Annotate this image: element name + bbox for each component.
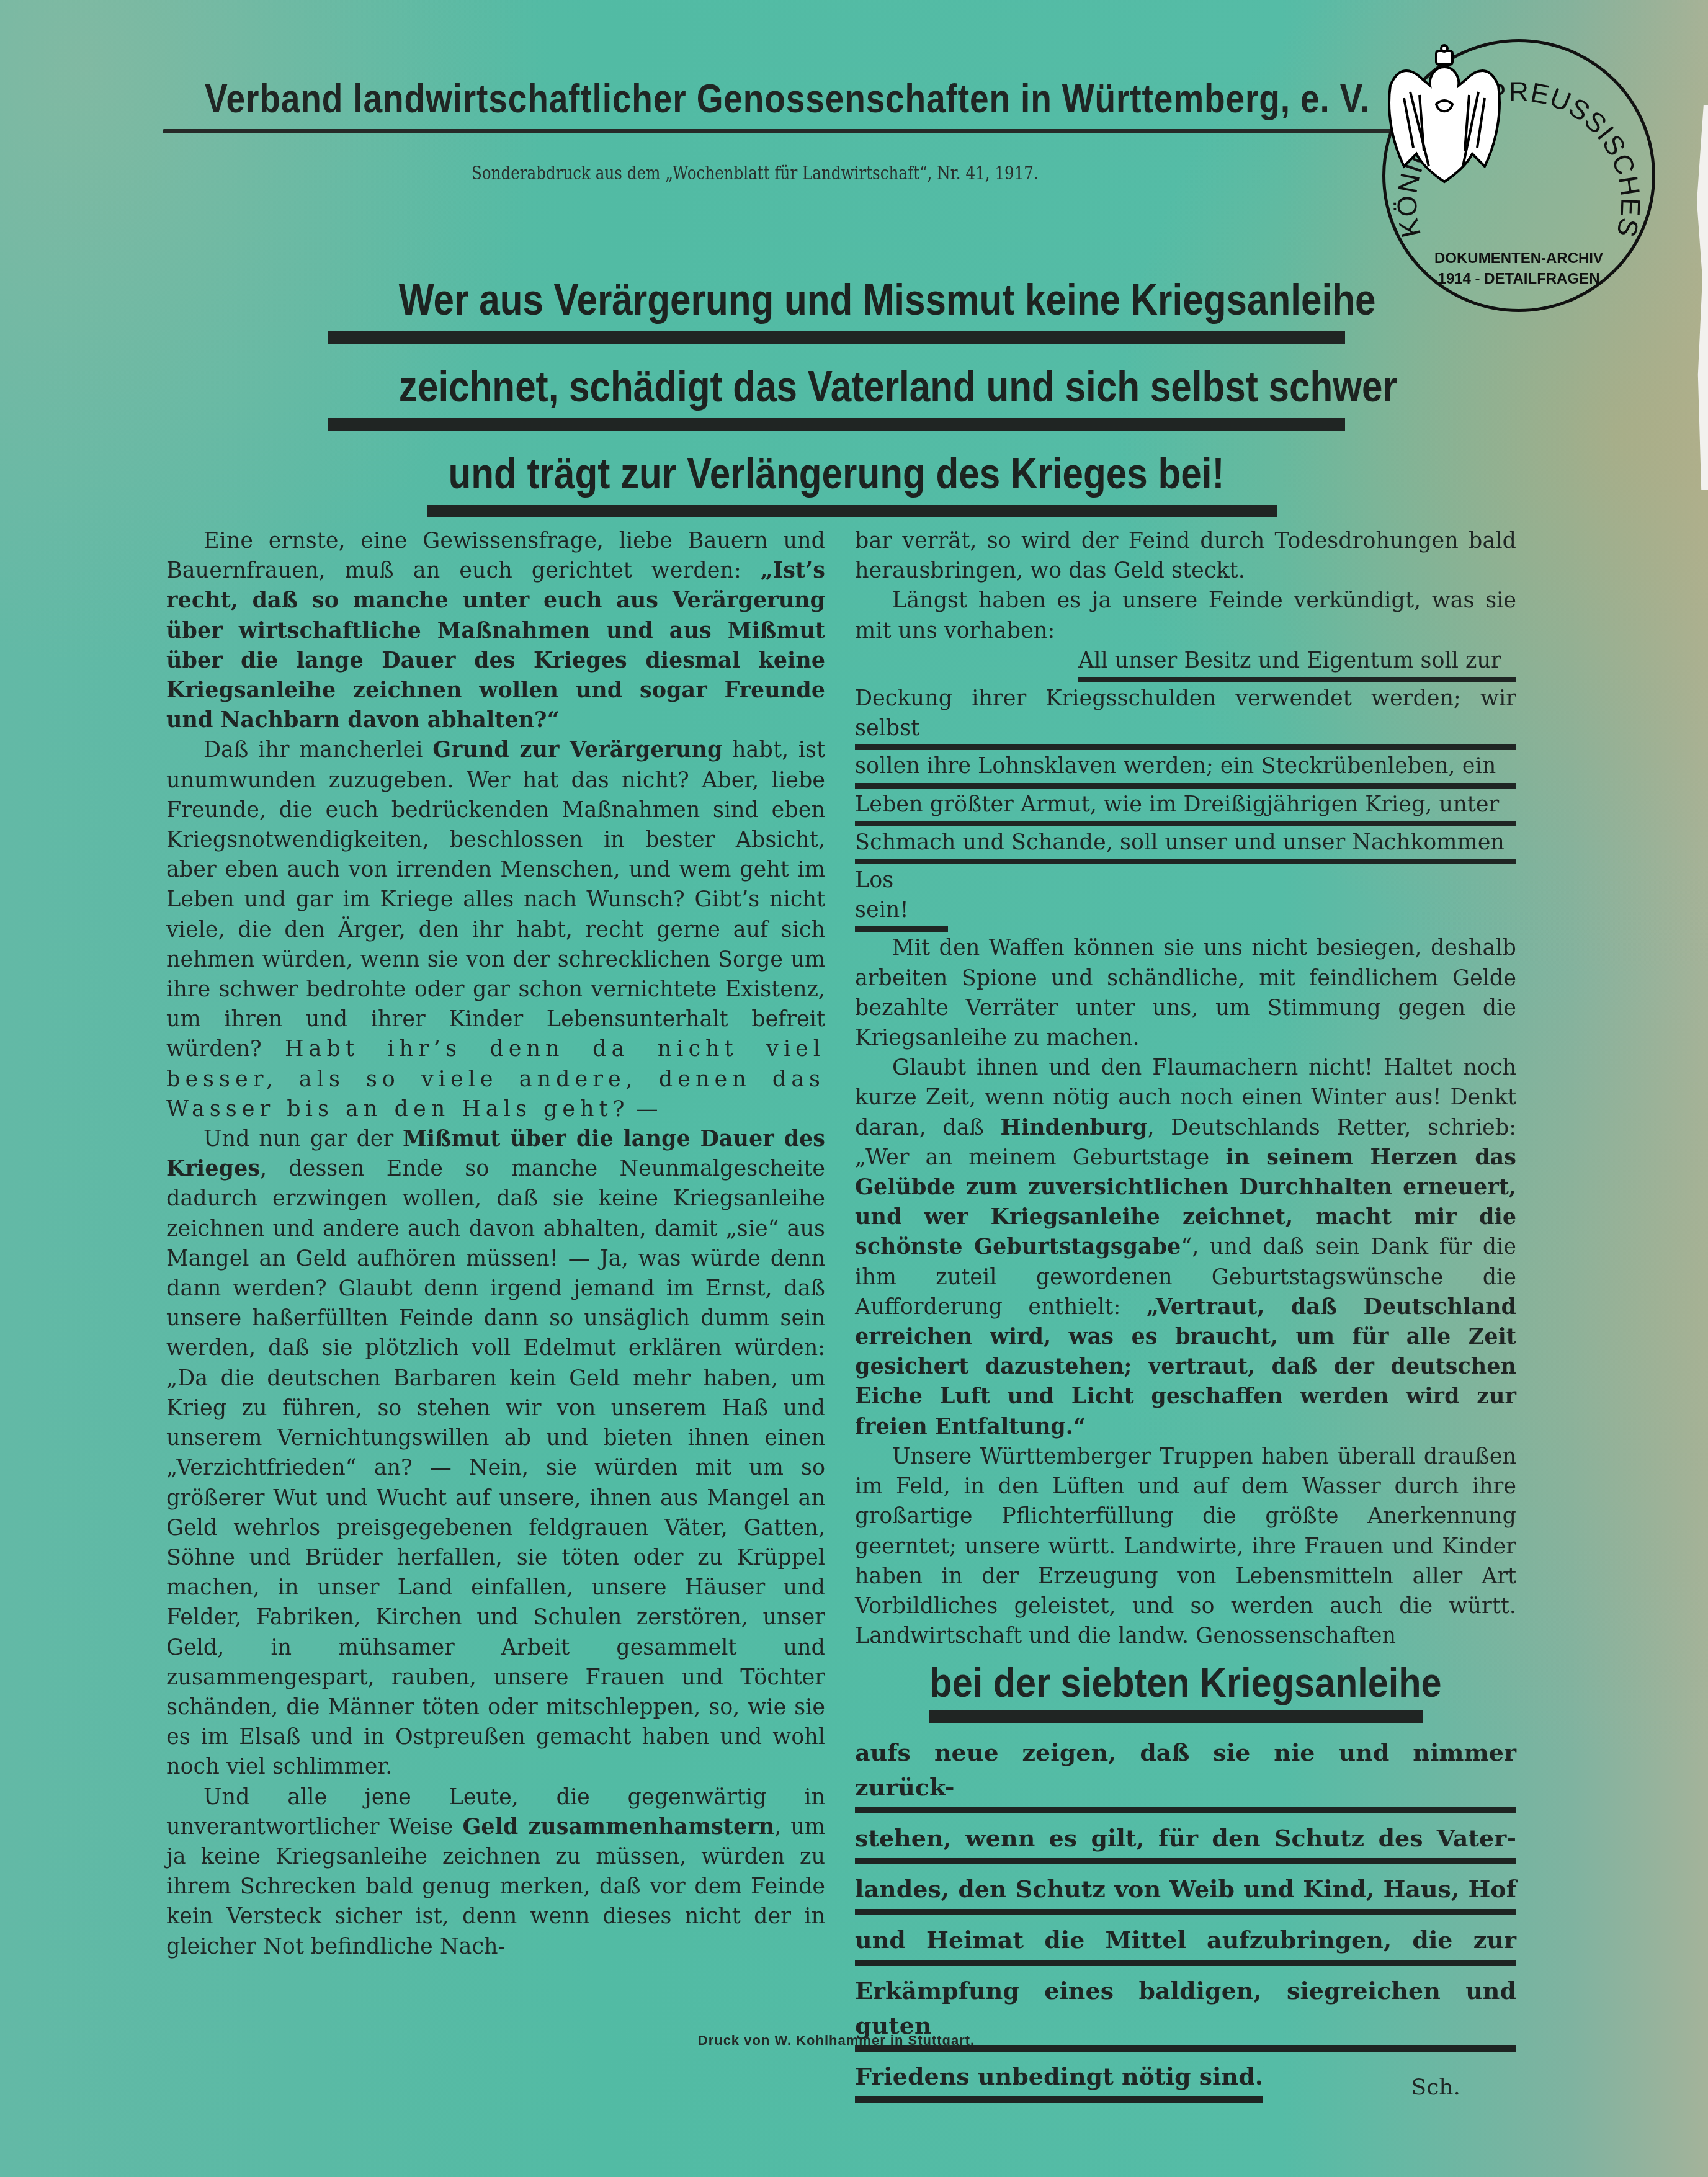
- paragraph: Und alle jene Leute, die gegenwärtig in …: [166, 1782, 825, 1962]
- emphasis-line: landes, den Schutz von Weib und Kind, Ha…: [855, 1869, 1516, 1915]
- headline-rule: [328, 418, 1345, 431]
- emphasis-line: Friedens unbedingt nötig sind.: [855, 2057, 1263, 2103]
- emphasis-line: stehen, wenn es gilt, für den Schutz des…: [855, 1818, 1516, 1864]
- paragraph: Mit den Waffen können sie uns nicht besi…: [855, 933, 1516, 1053]
- left-column: Eine ernste, eine Gewissensfrage, liebe …: [166, 526, 825, 1962]
- underlined-line: All unser Besitz und Eigentum soll zur: [1078, 646, 1516, 682]
- underlined-line: Leben größter Armut, wie im Dreißigjähri…: [855, 790, 1516, 826]
- printer-imprint: Druck von W. Kohlhammer in Stuttgart.: [681, 2032, 991, 2049]
- reprint-note: Sonderabdruck aus dem „Wochenblatt für L…: [472, 163, 1082, 184]
- underlined-line: sollen ihre Lohnsklaven werden; ein Stec…: [855, 751, 1516, 788]
- headline: Wer aus Verärgerung und Missmut keine Kr…: [328, 273, 1345, 534]
- headline-rule: [427, 505, 1277, 517]
- underlined-line: Los sein!: [855, 865, 948, 932]
- callout-heading: bei der siebten Kriegsanleihe: [888, 1655, 1483, 1710]
- prussian-eagle-icon: [1385, 42, 1503, 185]
- headline-line-1: Wer aus Verärgerung und Missmut keine Kr…: [399, 273, 1274, 326]
- underlined-line: Schmach und Schande, soll unser und unse…: [855, 828, 1516, 864]
- emphasis-last-line: Friedens unbedingt nötig sind. Sch.: [855, 2057, 1516, 2103]
- emphasis-line: aufs neue zeigen, daß sie nie und nimmer…: [855, 1733, 1516, 1813]
- hindenburg-name: Hindenburg: [1001, 1115, 1148, 1140]
- organization-title: Verband landwirtschaftlicher Genossensch…: [205, 76, 1261, 122]
- paragraph: Glaubt ihnen und den Flaumachern nicht! …: [855, 1053, 1516, 1442]
- paragraph: Und nun gar der Mißmut über die lange Da…: [166, 1124, 825, 1782]
- right-column: bar verrät, so wird der Feind durch Tode…: [855, 526, 1516, 2103]
- paragraph: Daß ihr mancherlei Grund zur Verärgerung…: [166, 735, 825, 1124]
- author-signature: Sch.: [1411, 2073, 1460, 2103]
- paragraph-continued: bar verrät, so wird der Feind durch Tode…: [855, 526, 1516, 586]
- bold-quote: „Ist’s recht, daß so manche unter euch a…: [166, 558, 825, 733]
- emphasis-line: und Heimat die Mittel aufzubringen, die …: [855, 1920, 1516, 1966]
- headline-line-3: und trägt zur Verlängerung des Krieges b…: [399, 447, 1274, 500]
- headline-rule: [328, 331, 1345, 344]
- paragraph: Unsere Württemberger Truppen haben übera…: [855, 1442, 1516, 1651]
- header-rule: [163, 129, 1410, 133]
- stamp-line-1: DOKUMENTEN-ARCHIV: [1385, 250, 1652, 267]
- archive-stamp: KÖNIGLICH PREUSSISCHES DOKUMENTEN-ARCHIV…: [1382, 39, 1655, 312]
- headline-line-2: zeichnet, schädigt das Vaterland und sic…: [399, 360, 1274, 413]
- underlined-passage: All unser Besitz und Eigentum soll zur D…: [855, 646, 1516, 932]
- paragraph: Längst haben es ja unsere Feinde verkünd…: [855, 586, 1516, 645]
- callout-rule: [929, 1710, 1423, 1723]
- underlined-line: Deckung ihrer Kriegsschulden verwendet w…: [855, 684, 1516, 750]
- stamp-line-2: 1914 - DETAILFRAGEN: [1385, 270, 1652, 288]
- paragraph: Eine ernste, eine Gewissensfrage, liebe …: [166, 526, 825, 735]
